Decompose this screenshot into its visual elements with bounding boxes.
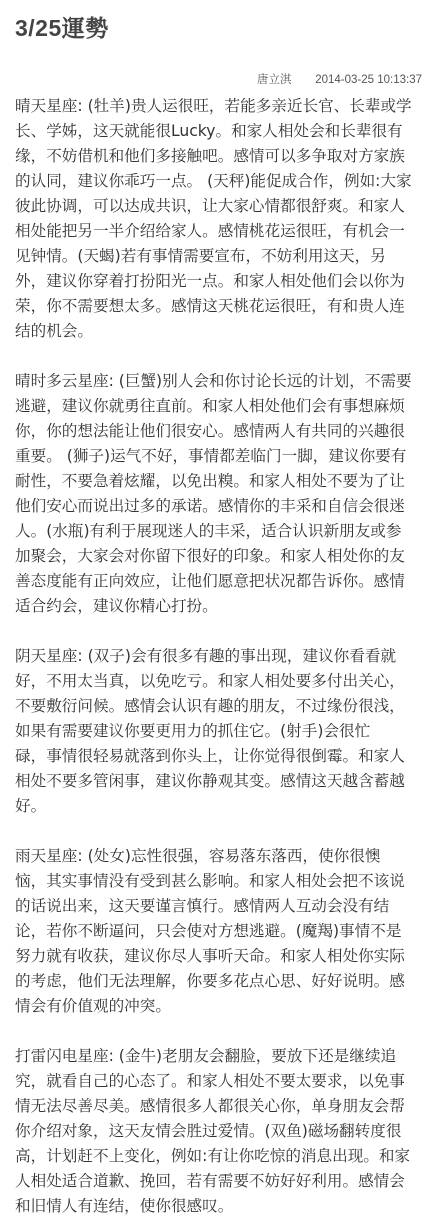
text-line: 的认同，建议你乖巧一点。 (天秤)能促成合作，例如:大家 (15, 169, 425, 194)
text-line: 结的机会。 (15, 319, 425, 344)
text-line: 碌，事情很轻易就落到你头上，让你觉得很倒霉。和家人 (15, 744, 425, 769)
text-line: 重要。 (狮子)运气不好，事情都差临门一脚，建议你要有 (15, 444, 425, 469)
text-line: 外，建议你穿着打扮阳光一点。和家人相处他们会以你为 (15, 269, 425, 294)
paragraph-overcast: 阴天星座: (双子)会有很多有趣的事出现，建议你看看就 好，不用太当真，以免吃亏… (15, 644, 425, 819)
text-line: 的话说出来，这天要谨言慎行。感情两人互动会没有结 (15, 894, 425, 919)
text-line: 人相处适合道歉、挽回，若有需要不妨好好利用。感情会 (15, 1169, 425, 1194)
text-line: 的考虑，他们无法理解，你要多花点心思、好好说明。感 (15, 969, 425, 994)
text-line: 好。 (15, 794, 425, 819)
text-line: 究，就看自己的心态了。和家人相处不要太要求，以免事 (15, 1069, 425, 1094)
text-line: 适合约会，建议你精心打扮。 (15, 594, 425, 619)
author-name: 唐立淇 (257, 70, 292, 88)
article-body: 晴天星座: (牡羊)贵人运很旺，若能多亲近长官、长辈或学 长、学姊，这天就能很L… (15, 94, 425, 1219)
text-line: 和旧情人有连结，使你很感叹。 (15, 1194, 425, 1219)
article-meta: 唐立淇 2014-03-25 10:13:37 (15, 70, 425, 88)
text-line: 打雷闪电星座: (金牛)老朋友会翻脸，要放下还是继续追 (15, 1044, 425, 1069)
text-line: 恼，其实事情没有受到甚么影响。和家人相处会把不该说 (15, 869, 425, 894)
text-line: 努力就有收获，建议你尽人事听天命。和家人相处你实际 (15, 944, 425, 969)
text-line: 相处能把另一半介绍给家人。感情桃花运很旺，有机会一 (15, 219, 425, 244)
paragraph-rainy: 雨天星座: (处女)忘性很强，容易落东落西，使你很懊 恼，其实事情没有受到甚么影… (15, 844, 425, 1019)
article-title: 3/25運勢 (15, 0, 425, 44)
paragraph-thunderstorm: 打雷闪电星座: (金牛)老朋友会翻脸，要放下还是继续追 究，就看自己的心态了。和… (15, 1044, 425, 1219)
text-line: 缘，不妨借机和他们多接触吧。感情可以多争取对方家族 (15, 144, 425, 169)
text-line: 耐性，不要急着炫耀，以免出糗。和家人相处不要为了让 (15, 469, 425, 494)
text-line: 你介绍对象，这天友情会胜过爱情。(双鱼)磁场翻转度很 (15, 1119, 425, 1144)
text-line: 你，你的想法能让他们很安心。感情两人有共同的兴趣很 (15, 419, 425, 444)
text-line: 高，计划赶不上变化，例如:有让你吃惊的消息出现。和家 (15, 1144, 425, 1169)
text-line: 加聚会，大家会对你留下很好的印象。和家人相处你的友 (15, 544, 425, 569)
paragraph-sunny: 晴天星座: (牡羊)贵人运很旺，若能多亲近长官、长辈或学 长、学姊，这天就能很L… (15, 94, 425, 344)
text-line: 荣，你不需要想太多。感情这天桃花运很旺，有和贵人连 (15, 294, 425, 319)
text-line: 如果有需要建议你要更用力的抓住它。(射手)会很忙 (15, 719, 425, 744)
text-line: 长、学姊，这天就能很Lucky。和家人相处会和长辈很有 (15, 119, 425, 144)
article: 3/25運勢 唐立淇 2014-03-25 10:13:37 晴天星座: (牡羊… (0, 0, 440, 1219)
text-line: 好，不用太当真，以免吃亏。和家人相处要多付出关心， (15, 669, 425, 694)
text-line: 雨天星座: (处女)忘性很强，容易落东落西，使你很懊 (15, 844, 425, 869)
text-line: 相处不要多管闲事，建议你静观其变。感情这天越含蓄越 (15, 769, 425, 794)
paragraph-partly-cloudy: 晴时多云星座: (巨蟹)别人会和你讨论长远的计划，不需要 逃避，建议你就勇往直前… (15, 369, 425, 619)
text-line: 晴天星座: (牡羊)贵人运很旺，若能多亲近长官、长辈或学 (15, 94, 425, 119)
text-line: 逃避，建议你就勇往直前。和家人相处他们会有事想麻烦 (15, 394, 425, 419)
text-line: 善态度能有正向效应，让他们愿意把状况都告诉你。感情 (15, 569, 425, 594)
text-line: 情无法尽善尽美。感情很多人都很关心你，单身朋友会帮 (15, 1094, 425, 1119)
text-line: 晴时多云星座: (巨蟹)别人会和你讨论长远的计划，不需要 (15, 369, 425, 394)
text-line: 彼此协调，可以达成共识，让大家心情都很舒爽。和家人 (15, 194, 425, 219)
text-line: 他们安心而说出过多的承诺。感情你的丰采和自信会很迷 (15, 494, 425, 519)
text-line: 论，若你不断逼问，只会使对方想逃避。(魔羯)事情不是 (15, 919, 425, 944)
text-line: 阴天星座: (双子)会有很多有趣的事出现，建议你看看就 (15, 644, 425, 669)
publish-datetime: 2014-03-25 10:13:37 (315, 71, 422, 89)
text-line: 人。(水瓶)有利于展现迷人的丰采，适合认识新朋友或参 (15, 519, 425, 544)
text-line: 情会有价值观的冲突。 (15, 994, 425, 1019)
text-line: 不要敷衍问候。感情会认识有趣的朋友，不过缘份很浅， (15, 694, 425, 719)
text-line: 见钟情。(天蝎)若有事情需要宣布，不妨利用这天，另 (15, 244, 425, 269)
